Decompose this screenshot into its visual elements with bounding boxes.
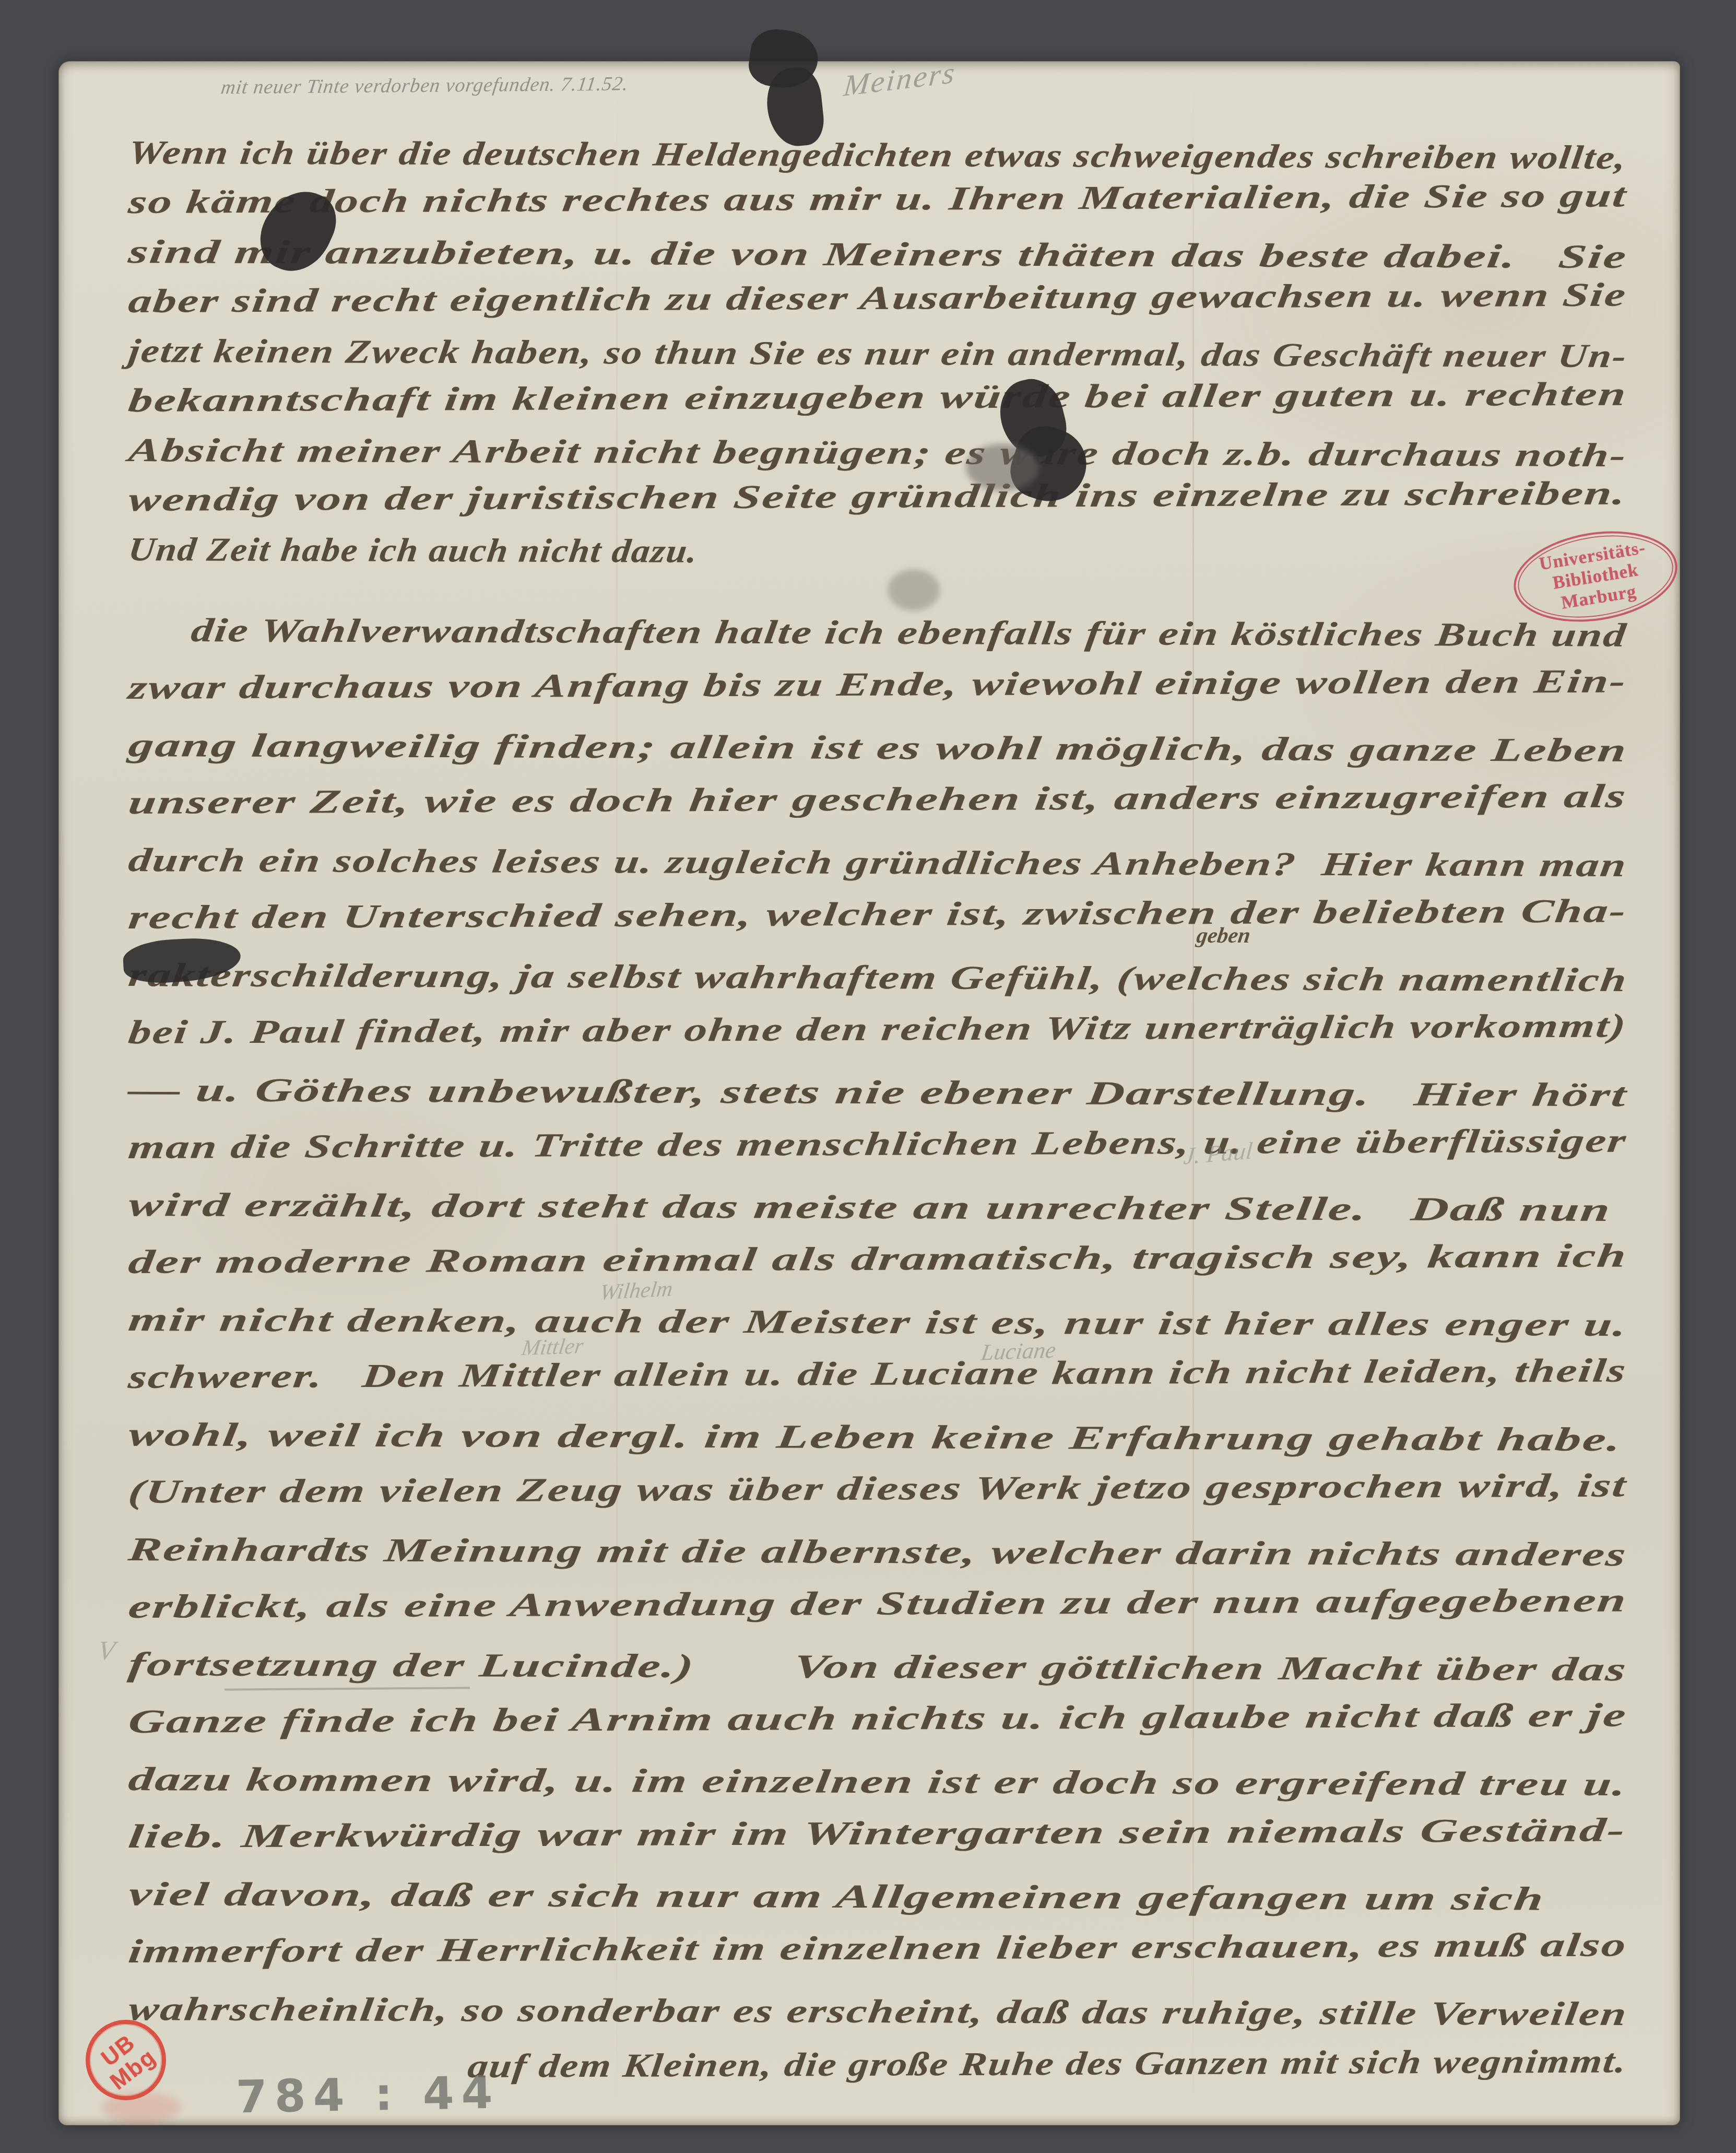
manuscript-line: so käme doch nichts rechtes aus mir u. I… bbox=[126, 176, 1629, 221]
manuscript-line: jetzt keinen Zweck haben, so thun Sie es… bbox=[126, 332, 1629, 375]
manuscript-line: Ganze finde ich bei Arnim auch nichts u.… bbox=[126, 1696, 1629, 1741]
manuscript-line: zwar durchaus von Anfang bis zu Ende, wi… bbox=[126, 662, 1629, 707]
pencil-gloss-mittler: Mittler bbox=[520, 1334, 585, 1361]
manuscript-line: wendig von der juristischen Seite gründl… bbox=[126, 474, 1629, 519]
manuscript-line: Und Zeit habe ich auch nicht dazu. bbox=[126, 530, 701, 571]
manuscript-line: bei J. Paul findet, mir aber ohne den re… bbox=[126, 1006, 1629, 1052]
manuscript-line: recht den Unterschied sehen, welcher ist… bbox=[126, 891, 1629, 937]
manuscript-line: wahrscheinlich, so sonderbar es erschein… bbox=[126, 1990, 1630, 2033]
manuscript-line: unserer Zeit, wie es doch hier geschehen… bbox=[126, 777, 1629, 822]
manuscript-line: durch ein solches leises u. zugleich grü… bbox=[126, 841, 1629, 885]
manuscript-line: Wenn ich über die deutschen Heldengedich… bbox=[126, 133, 1629, 177]
manuscript-line: der moderne Roman einmal als dramatisch,… bbox=[126, 1236, 1629, 1281]
manuscript-line: Absicht meiner Arbeit nicht begnügen; es… bbox=[126, 431, 1629, 475]
manuscript-line: wohl, weil ich von dergl. im Leben keine… bbox=[126, 1415, 1624, 1459]
manuscript-line: man die Schritte u. Tritte des menschlic… bbox=[126, 1121, 1629, 1167]
manuscript-line: sind mir anzubieten, u. die von Meiners … bbox=[126, 232, 1629, 276]
manuscript-line: viel davon, daß er sich nur am Allgemein… bbox=[126, 1875, 1547, 1918]
manuscript-line: fortsetzung der Lucinde.) Von dieser göt… bbox=[126, 1645, 1629, 1689]
interline-ink-word: geben bbox=[1195, 923, 1252, 948]
stamp-ink-bleed bbox=[102, 2092, 181, 2123]
manuscript-line: gang langweilig finden; allein ist es wo… bbox=[126, 726, 1630, 770]
scan-background: { "document": { "kind": "handwritten let… bbox=[0, 0, 1736, 2153]
manuscript-line: auf dem Kleinen, die große Ruhe des Ganz… bbox=[466, 2042, 1629, 2086]
pencil-gloss-wilhelm: Wilhelm bbox=[598, 1276, 674, 1305]
ub-round-stamp: UB Mbg bbox=[86, 2020, 166, 2100]
manuscript-line: — u. Göthes unbewußter, stets nie ebener… bbox=[126, 1070, 1630, 1114]
pencil-gloss-luciane: Luciane bbox=[979, 1337, 1058, 1366]
manuscript-line: lieb. Merkwürdig war mir im Wintergarten… bbox=[126, 1810, 1628, 1856]
manuscript-line: mir nicht denken, auch der Meister ist e… bbox=[126, 1300, 1630, 1344]
manuscript-line: die Wahlverwandtschaften halte ich ebenf… bbox=[189, 611, 1629, 655]
manuscript-line: erblickt, als eine Anwendung der Studien… bbox=[126, 1581, 1629, 1626]
manuscript-line: dazu kommen wird, u. im einzelnen ist er… bbox=[126, 1760, 1629, 1804]
shelfmark: 784 : 44 bbox=[235, 2067, 500, 2124]
ink-smudge bbox=[966, 444, 1039, 491]
ink-smudge bbox=[888, 569, 940, 611]
manuscript-line: (Unter dem vielen Zeug was über dieses W… bbox=[126, 1466, 1629, 1511]
manuscript-line: aber sind recht eigentlich zu dieser Aus… bbox=[126, 275, 1629, 321]
manuscript-line: wird erzählt, dort steht das meiste an u… bbox=[126, 1185, 1614, 1229]
pencil-note-top: mit neuer Tinte verdorben vorgefunden. 7… bbox=[220, 73, 630, 99]
manuscript-line: bekanntschaft im kleinen einzugeben würd… bbox=[126, 374, 1629, 420]
manuscript-line: rakterschilderung, ja selbst wahrhaftem … bbox=[126, 956, 1630, 999]
manuscript-line: Reinhardts Meinung mit die albernste, we… bbox=[126, 1530, 1629, 1574]
manuscript-line: schwerer. Den Mittler allein u. die Luci… bbox=[126, 1351, 1629, 1396]
manuscript-line: immerfort der Herrlichkeit im einzelnen … bbox=[126, 1925, 1629, 1971]
